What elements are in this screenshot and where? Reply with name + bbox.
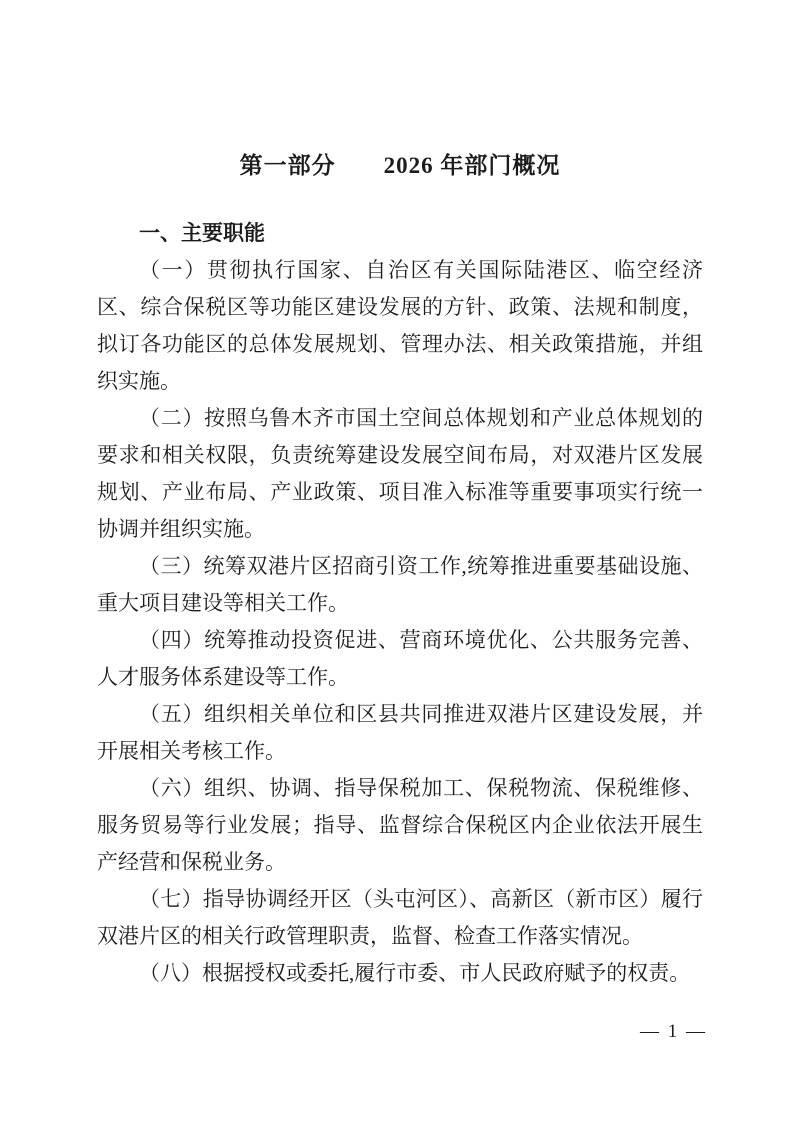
body-paragraph-7: （七）指导协调经开区（头屯河区）、高新区（新市区）履行双港片区的相关行政管理职责…	[97, 881, 703, 955]
body-paragraph-1: （一）贯彻执行国家、自治区有关国际陆港区、临空经济区、综合保税区等功能区建设发展…	[97, 252, 703, 400]
body-paragraph-6: （六）组织、协调、指导保税加工、保税物流、保税维修、服务贸易等行业发展；指导、监…	[97, 770, 703, 881]
body-paragraph-4: （四）统筹推动投资促进、营商环境优化、公共服务完善、人才服务体系建设等工作。	[97, 622, 703, 696]
body-paragraph-3: （三）统筹双港片区招商引资工作,统筹推进重要基础设施、重大项目建设等相关工作。	[97, 548, 703, 622]
body-paragraph-2: （二）按照乌鲁木齐市国土空间总体规划和产业总体规划的要求和相关权限，负责统筹建设…	[97, 400, 703, 548]
document-title: 第一部分 2026 年部门概况	[97, 149, 703, 182]
body-paragraph-5: （五）组织相关单位和区县共同推进双港片区建设发展，并开展相关考核工作。	[97, 696, 703, 770]
body-paragraph-8: （八）根据授权或委托,履行市委、市人民政府赋予的权责。	[97, 955, 703, 992]
document-page: 第一部分 2026 年部门概况 一、主要职能 （一）贯彻执行国家、自治区有关国际…	[0, 0, 793, 1122]
section-heading-main-functions: 一、主要职能	[97, 215, 703, 252]
page-number: — 1 —	[640, 1018, 707, 1046]
